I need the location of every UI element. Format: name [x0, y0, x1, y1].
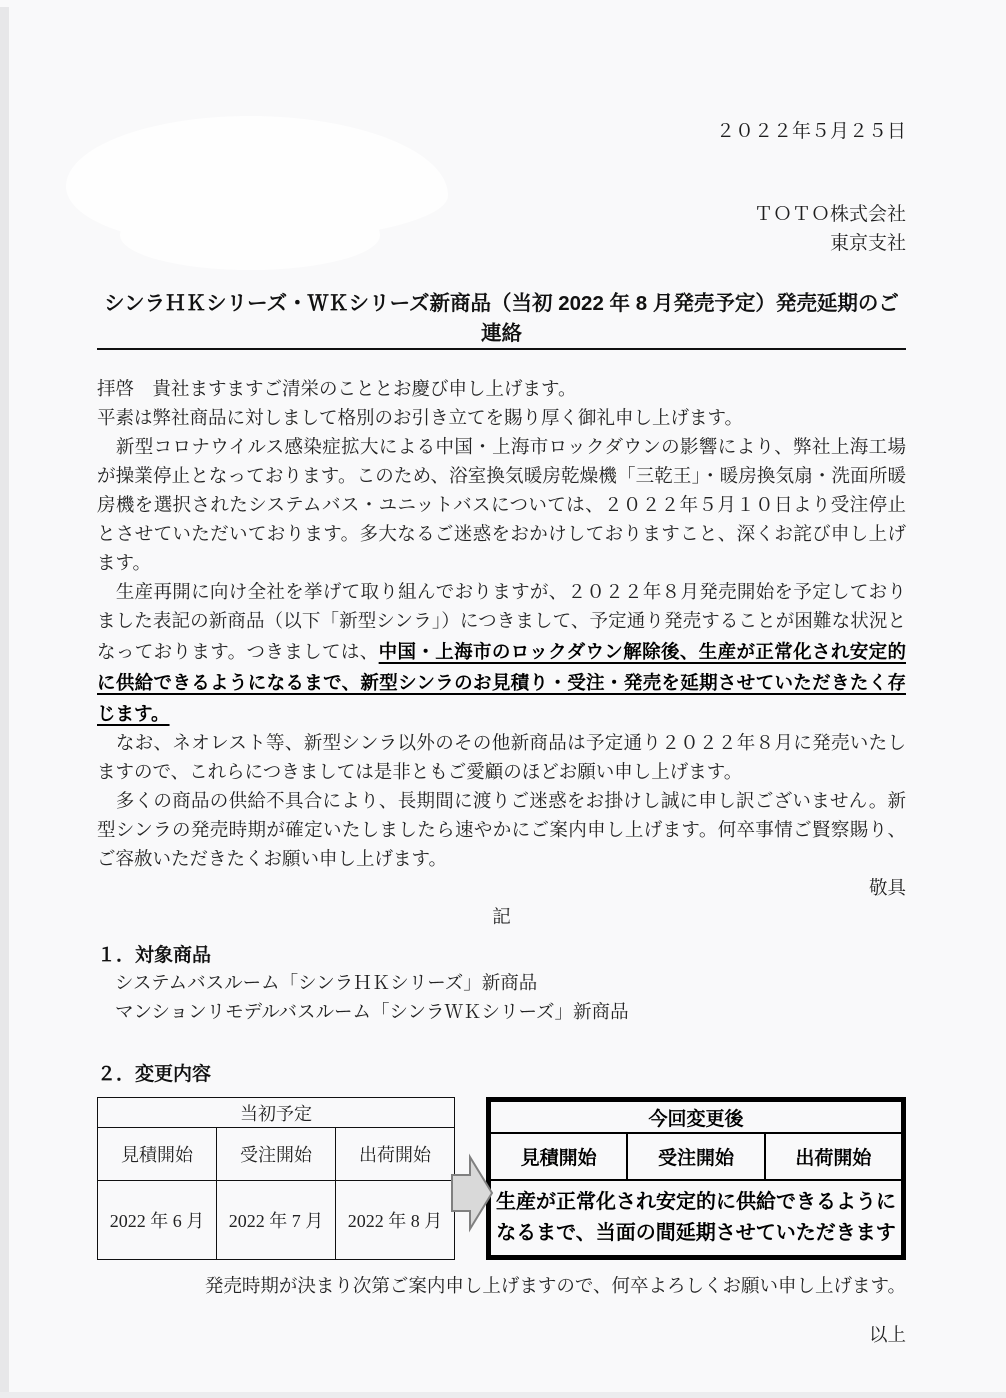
revised-message-line2: なるまで、当面の間延期させていただきます — [491, 1218, 901, 1249]
original-col-order: 受注開始 — [217, 1128, 336, 1181]
revised-schedule-table: 今回変更後 見積開始 受注開始 出荷開始 生産が正常化され安定的に供給できるよう… — [486, 1097, 906, 1260]
target-product-hk: システムバスルーム「シンラＨＫシリーズ」新商品 — [115, 970, 906, 999]
table-row: 2022 年 6 月 2022 年 7 月 2022 年 8 月 — [98, 1180, 455, 1259]
business-letter-page: ２０２２年５月２５日 ＴＯＴＯ株式会社 東京支社 シンラＨＫシリーズ・ＷＫシリー… — [0, 0, 1006, 1398]
scan-edge-bottom — [0, 1392, 1006, 1398]
right-arrow-icon — [450, 1149, 494, 1237]
original-val-shipment: 2022 年 8 月 — [336, 1180, 455, 1259]
original-col-estimate: 見積開始 — [98, 1128, 217, 1181]
greeting-line-2: 平素は弊社商品に対しまして格別のお引き立てを賜り厚く御礼申し上げます。 — [97, 405, 906, 434]
followup-note: 発売時期が決まり次第ご案内申し上げますので、何卒よろしくお願い申し上げます。 — [97, 1273, 906, 1302]
document-title: シンラＨＫシリーズ・ＷＫシリーズ新商品（当初 2022 年 8 月発売予定）発売… — [97, 286, 906, 350]
document-date: ２０２２年５月２５日 — [97, 120, 906, 144]
table-row: 見積開始 受注開始 出荷開始 — [489, 1133, 904, 1180]
section1-items: システムバスルーム「シンラＨＫシリーズ」新商品 マンションリモデルバスルーム「シ… — [97, 970, 906, 1028]
arrow-gap — [455, 1097, 486, 1260]
paragraph-delay-notice: 生産再開に向け全社を挙げて取り組んでおりますが、２０２２年８月発売開始を予定して… — [97, 579, 906, 730]
table-row: 生産が正常化され安定的に供給できるように なるまで、当面の間延期させていただきま… — [489, 1180, 904, 1258]
record-marker: 記 — [97, 904, 906, 933]
closing-ijou: 以上 — [97, 1322, 906, 1351]
letter-body: 拝啓 貴社ますますご清栄のこととお慶び申し上げます。 平素は弊社商品に対しまして… — [97, 376, 906, 875]
paragraph-lockdown-impact: 新型コロナウイルス感染症拡大による中国・上海市ロックダウンの影響により、弊社上海… — [97, 434, 906, 579]
target-product-wk: マンションリモデルバスルーム「シンラＷＫシリーズ」新商品 — [115, 999, 906, 1028]
paragraph-other-products: なお、ネオレスト等、新型シンラ以外のその他新商品は予定通り２０２２年８月に発売い… — [97, 730, 906, 788]
document-title-text: シンラＨＫシリーズ・ＷＫシリーズ新商品（当初 2022 年 8 月発売予定）発売… — [97, 286, 906, 350]
greeting-line-1: 拝啓 貴社ますますご清栄のこととお慶び申し上げます。 — [97, 376, 906, 405]
letter-content: ２０２２年５月２５日 ＴＯＴＯ株式会社 東京支社 シンラＨＫシリーズ・ＷＫシリー… — [97, 0, 906, 1351]
sender-block: ＴＯＴＯ株式会社 東京支社 — [97, 200, 906, 258]
revised-col-shipment: 出荷開始 — [765, 1133, 904, 1180]
sender-company: ＴＯＴＯ株式会社 — [97, 200, 906, 229]
schedule-tables: 当初予定 見積開始 受注開始 出荷開始 2022 年 6 月 2022 年 7 … — [97, 1097, 906, 1260]
original-schedule-table: 当初予定 見積開始 受注開始 出荷開始 2022 年 6 月 2022 年 7 … — [97, 1097, 455, 1260]
scan-edge-left — [0, 7, 9, 1398]
revised-col-estimate: 見積開始 — [489, 1133, 628, 1180]
revised-message-cell: 生産が正常化され安定的に供給できるように なるまで、当面の間延期させていただきま… — [489, 1180, 904, 1258]
table-row: 見積開始 受注開始 出荷開始 — [98, 1128, 455, 1181]
original-col-shipment: 出荷開始 — [336, 1128, 455, 1181]
paragraph-apology: 多くの商品の供給不具合により、長期間に渡りご迷惑をお掛けし誠に申し訳ございません… — [97, 788, 906, 875]
revised-message-line1: 生産が正常化され安定的に供給できるように — [491, 1187, 901, 1218]
original-val-estimate: 2022 年 6 月 — [98, 1180, 217, 1259]
table-row: 当初予定 — [98, 1098, 455, 1128]
sender-branch: 東京支社 — [97, 229, 906, 258]
original-val-order: 2022 年 7 月 — [217, 1180, 336, 1259]
revised-table-header: 今回変更後 — [489, 1100, 904, 1134]
table-row: 今回変更後 — [489, 1100, 904, 1134]
section1-heading: １．対象商品 — [97, 941, 906, 970]
closing-keigu: 敬具 — [97, 875, 906, 904]
original-table-header: 当初予定 — [98, 1098, 455, 1128]
section2-heading: ２．変更内容 — [97, 1060, 906, 1089]
revised-col-order: 受注開始 — [627, 1133, 764, 1180]
